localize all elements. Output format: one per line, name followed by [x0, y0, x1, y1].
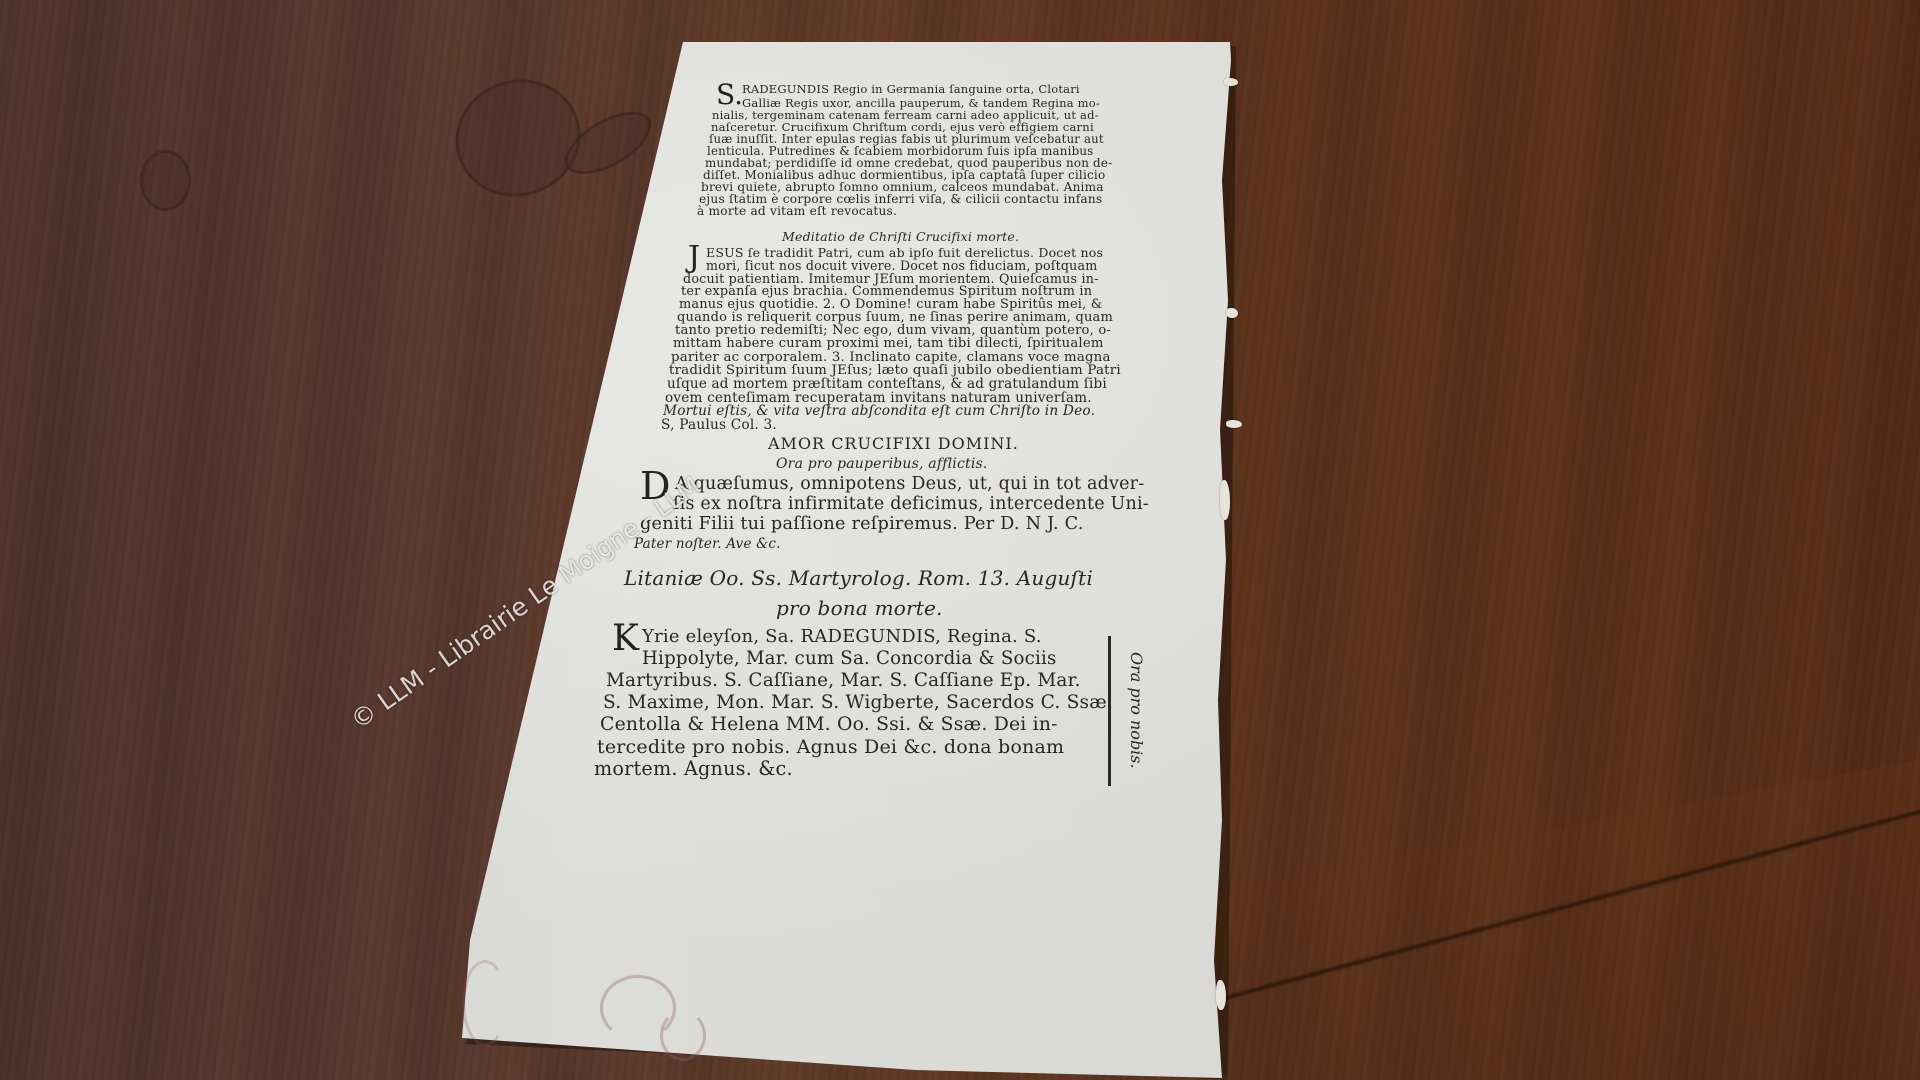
torn-fiber	[1220, 480, 1230, 520]
ora-pro-nobis-label: Ora pro nobis.	[1127, 652, 1146, 769]
text-line: Pater noſter. Ave &c.	[634, 536, 781, 552]
litany-heading: Litaniæ Oo. Ss. Martyrolog. Rom. 13. Aug…	[624, 566, 1093, 590]
text-line: RADEGUNDIS Regio in Germania ſanguine or…	[742, 82, 1080, 96]
water-stain	[660, 1010, 706, 1061]
dropcap-s: S.	[716, 78, 743, 111]
dropcap-k: K	[612, 618, 639, 659]
text-line: S. Maxime, Mon. Mar. S. Wigberte, Sacerd…	[603, 692, 1113, 713]
scripture-citation: S, Paulus Col. 3.	[661, 417, 777, 433]
meditation-heading: Meditatio de Chriſti Crucifixi morte.	[782, 229, 1019, 244]
torn-fiber	[1224, 78, 1238, 86]
text-line: Centolla & Helena MM. Oo. Ssi. & Ssæ. De…	[600, 714, 1058, 735]
amor-subheading: Ora pro pauperibus, afflictis.	[776, 456, 988, 472]
edge-stain	[462, 960, 508, 1046]
text-line: ſis ex noſtra infirmitate deficimus, int…	[673, 494, 1149, 514]
litany-bracket	[1108, 636, 1111, 786]
wood-knot	[140, 150, 191, 211]
wood-knot	[439, 62, 597, 214]
litany-subheading: pro bona morte.	[776, 596, 943, 620]
text-line: à morte ad vitam eſt revocatus.	[697, 204, 897, 218]
text-line: Hippolyte, Mar. cum Sa. Concordia & Soci…	[642, 648, 1057, 669]
text-line: Yrie eleyſon, Sa. RADEGUNDIS, Regina. S.	[642, 626, 1042, 647]
torn-fiber	[1226, 308, 1238, 318]
torn-fiber	[1226, 420, 1242, 428]
text-line: mittam habere curam proximi mei, tam tib…	[673, 336, 1104, 351]
text-line: geniti Filii tui paſſione reſpiremus. Pe…	[640, 514, 1084, 534]
text-line: A quæſumus, omnipotens Deus, ut, qui in …	[675, 474, 1144, 494]
lower-board	[1200, 760, 1920, 1080]
torn-fiber	[1216, 980, 1226, 1010]
dropcap-j: J	[688, 240, 700, 275]
text-line: tercedite pro nobis. Agnus Dei &c. dona …	[597, 736, 1064, 758]
amor-heading: AMOR CRUCIFIXI DOMINI.	[768, 434, 1019, 453]
text-line: mortem. Agnus. &c.	[594, 757, 793, 780]
text-line: Martyribus. S. Caſſiane, Mar. S. Caſſian…	[606, 670, 1081, 691]
